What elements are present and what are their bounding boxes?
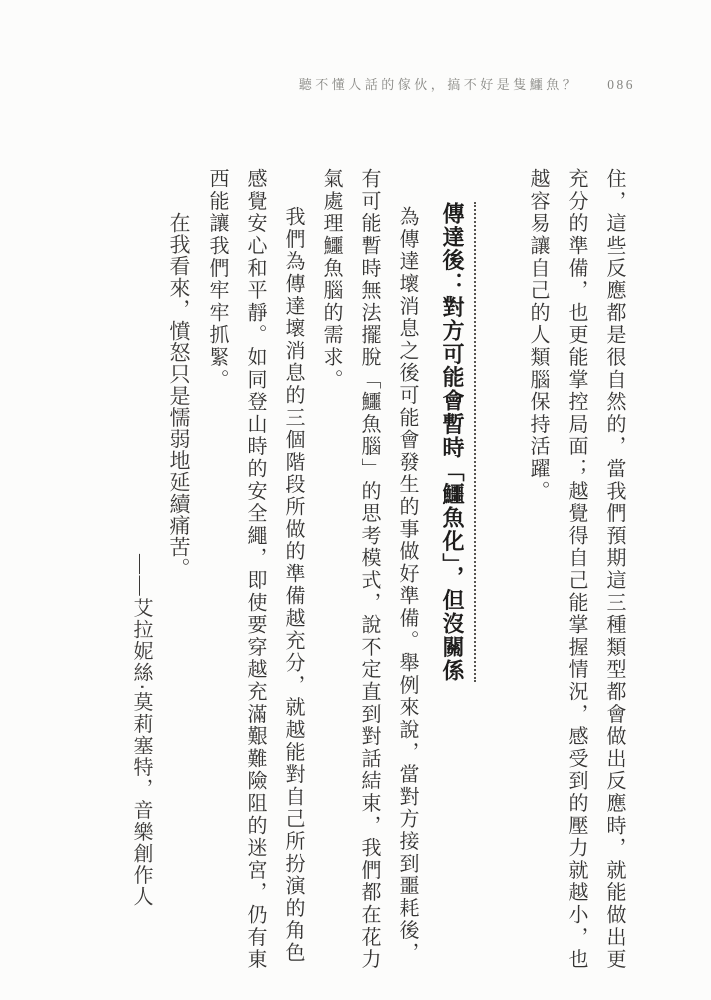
text-column: 充分的準備，也更能掌控局面；越覺得自己能掌握情況，感受到的壓力就越小，也 bbox=[557, 168, 595, 980]
epigraph-attribution: ——艾拉妮絲‧莫莉塞特，音樂創作人 bbox=[122, 168, 160, 980]
text-column: 我們為傳達壞消息的三個階段所做的準備越充分，就越能對自己所扮演的角色 bbox=[274, 168, 312, 980]
text-column: 感覺安心和平靜。如同登山時的安全繩，即使要穿越充滿艱難險阻的迷宮，仍有東 bbox=[236, 168, 274, 980]
text-column: 西能讓我們牢牢抓緊。 bbox=[198, 168, 236, 980]
text-column: 住，這些反應都是很自然的，當我們預期這三種類型都會做出反應時，就能做出更 bbox=[595, 168, 633, 980]
text-column: 有可能暫時無法擺脫「鱷魚腦」的思考模式，說不定直到對話結束，我們都在花力 bbox=[350, 168, 388, 980]
text-column: 越容易讓自己的人類腦保持活躍。 bbox=[519, 168, 557, 980]
text-column: 氣處理鱷魚腦的需求。 bbox=[312, 168, 350, 980]
vertical-text-block: 住，這些反應都是很自然的，當我們預期這三種類型都會做出反應時，就能做出更 充分的… bbox=[122, 168, 633, 980]
running-title: 聽不懂人話的傢伙，搞不好是隻鱷魚？ bbox=[299, 74, 580, 93]
section-heading-text: 傳達後：對方可能會暫時「鱷魚化」，但沒關係 bbox=[440, 202, 476, 682]
book-page: 聽不懂人話的傢伙，搞不好是隻鱷魚？ 086 住，這些反應都是很自然的，當我們預期… bbox=[0, 0, 711, 1000]
epigraph-quote: 在我看來，憤怒只是懦弱地延續痛苦。 bbox=[160, 168, 198, 980]
section-heading: 傳達後：對方可能會暫時「鱷魚化」，但沒關係 bbox=[429, 168, 475, 980]
text-column: 為傳達壞消息之後可能會發生的事做好準備。舉例來說，當對方接到噩耗後， bbox=[388, 168, 426, 980]
running-header: 聽不懂人話的傢伙，搞不好是隻鱷魚？ 086 bbox=[299, 74, 635, 93]
page-number: 086 bbox=[607, 77, 635, 93]
